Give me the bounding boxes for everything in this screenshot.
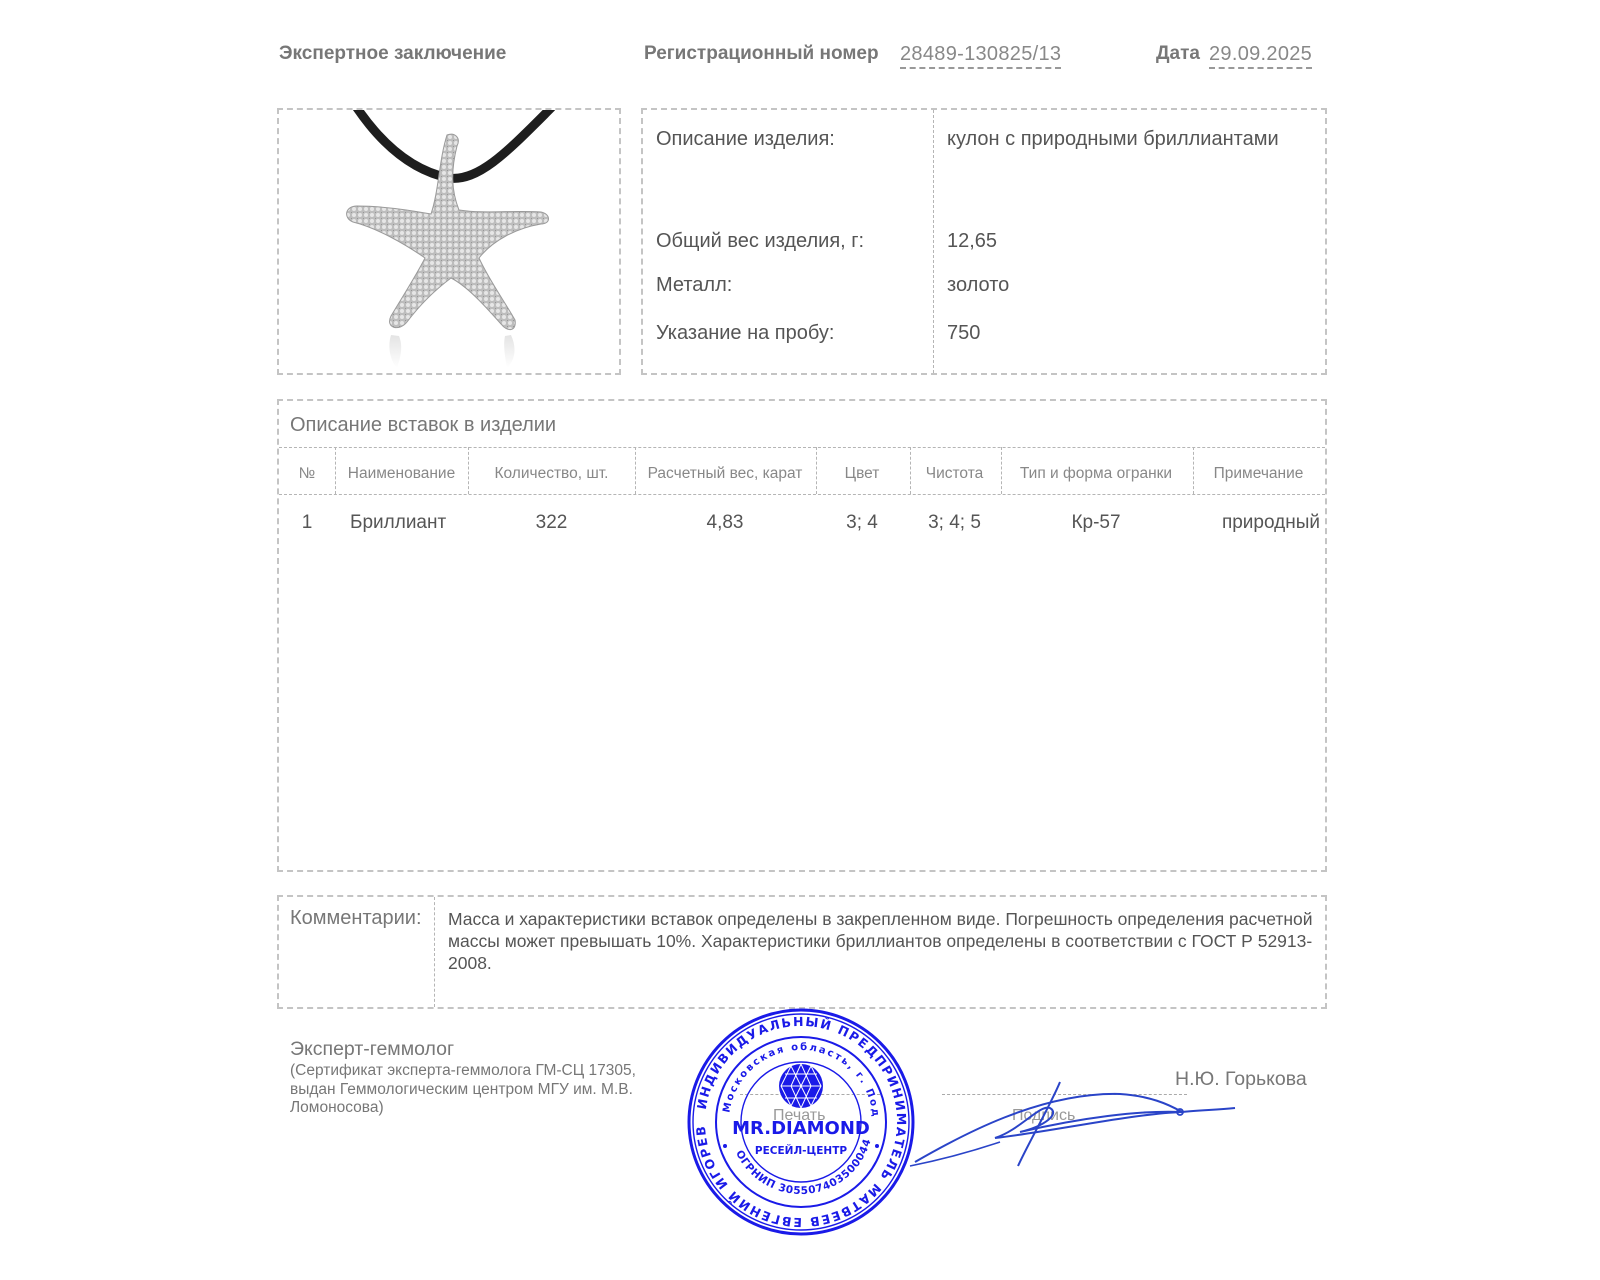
column-header: Расчетный вес, карат (635, 465, 815, 483)
row-note: природный (1192, 512, 1320, 534)
expert-title: Эксперт-геммолог (290, 1038, 454, 1061)
diamond-logo-icon (779, 1064, 823, 1108)
registration-number-label: Регистрационный номер (644, 43, 879, 65)
registration-number-value: 28489-130825/13 (900, 43, 1061, 69)
total-weight-label: Общий вес изделия, г: (656, 230, 864, 253)
row-number: 1 (279, 512, 335, 534)
row-color: 3; 4 (815, 512, 909, 534)
hallmark-value: 750 (947, 322, 980, 345)
inserts-header-divider (279, 494, 1325, 495)
inserts-title-divider (279, 447, 1325, 448)
comments-divider (434, 897, 435, 1007)
column-header: № (279, 465, 335, 483)
column-header: Примечание (1192, 465, 1325, 483)
column-header: Чистота (909, 465, 1000, 483)
item-description-value: кулон с природными бриллиантами (947, 128, 1279, 151)
inserts-title: Описание вставок в изделии (290, 414, 556, 437)
row-cut: Кр-57 (1000, 512, 1192, 534)
row-name: Бриллиант (350, 512, 446, 534)
column-header: Цвет (815, 465, 909, 483)
expert-certificate: (Сертификат эксперта-геммолога ГМ-СЦ 173… (290, 1062, 660, 1118)
metal-label: Металл: (656, 274, 732, 297)
item-description-label: Описание изделия: (656, 128, 835, 151)
stamp-subtitle: РЕСЕЙЛ-ЦЕНТР (755, 1144, 847, 1157)
column-header: Наименование (335, 465, 468, 483)
company-stamp: ИНДИВИДУАЛЬНЫЙ ПРЕДПРИНИМАТЕЛЬ МАТВЕЕВ Е… (685, 1006, 917, 1238)
column-header: Количество, шт. (468, 465, 635, 483)
document-title: Экспертное заключение (279, 43, 506, 65)
starfish-pendant-image (279, 110, 619, 373)
product-image-frame (277, 108, 621, 375)
item-info-divider (933, 110, 934, 373)
comments-text: Масса и характеристики вставок определен… (448, 908, 1323, 974)
comments-label: Комментарии: (290, 907, 422, 930)
date-value: 29.09.2025 (1209, 43, 1312, 69)
signature-scribble (900, 1070, 1250, 1180)
row-clarity: 3; 4; 5 (909, 512, 1000, 534)
row-quantity: 322 (468, 512, 635, 534)
metal-value: золото (947, 274, 1009, 297)
hallmark-label: Указание на пробу: (656, 322, 834, 345)
row-weight: 4,83 (635, 512, 815, 534)
stamp-brand: MR.DIAMOND (732, 1118, 870, 1139)
column-header: Тип и форма огранки (1000, 465, 1192, 483)
total-weight-value: 12,65 (947, 230, 997, 253)
date-label: Дата (1156, 43, 1200, 65)
